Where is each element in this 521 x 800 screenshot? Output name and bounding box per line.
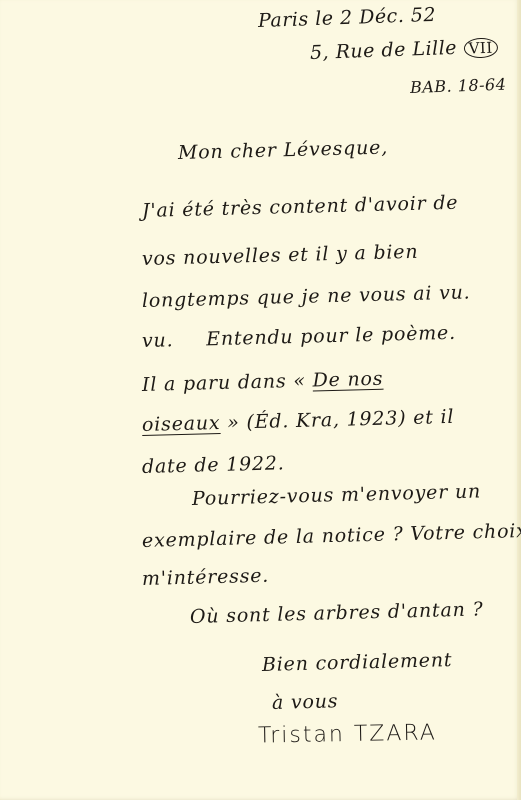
- body-line-10: m'intéresse.: [142, 565, 270, 590]
- body-line-1: J'ai été très content d'avoir de: [142, 192, 459, 222]
- phone-line: BAB. 18-64: [410, 75, 507, 97]
- date-line: Paris le 2 Déc. 52: [258, 4, 437, 32]
- salutation: Mon cher Lévesque,: [178, 137, 389, 164]
- signature: Tristan TZARA: [258, 720, 437, 748]
- body-line-6: oiseaux » (Éd. Kra, 1923) et il: [142, 406, 455, 436]
- arrondissement-badge: VII: [463, 37, 498, 58]
- body-line-11: Où sont les arbres d'antan ?: [190, 598, 484, 628]
- body-line-8: Pourriez-vous m'envoyer un: [192, 480, 482, 510]
- body-line-7: date de 1922.: [142, 452, 285, 478]
- book-title-part1: De nos: [312, 368, 383, 392]
- closing-line-1: Bien cordialement: [262, 649, 453, 676]
- body-line-9: exemplaire de la notice ? Votre choix: [142, 520, 521, 552]
- body-line-5: Il a paru dans « De nos: [142, 368, 384, 396]
- body-line-4a: vu.: [142, 329, 174, 352]
- address-line: 5, Rue de Lille VII: [310, 35, 498, 64]
- book-title-part2: oiseaux: [142, 412, 221, 436]
- paper-edge: [517, 0, 521, 800]
- body-line-4b: Entendu pour le poème.: [206, 322, 456, 351]
- body-line-5a: Il a paru dans «: [142, 370, 313, 396]
- body-line-2: vos nouvelles et il y a bien: [142, 241, 419, 270]
- body-line-6b: » (Éd. Kra, 1923) et il: [220, 406, 454, 434]
- closing-line-2: à vous: [272, 690, 339, 714]
- letter-page: Paris le 2 Déc. 52 5, Rue de Lille VII B…: [0, 0, 521, 800]
- body-line-4: vu. Entendu pour le poème.: [142, 322, 456, 352]
- address-street: 5, Rue de Lille: [310, 37, 458, 64]
- body-line-3: longtemps que je ne vous ai vu.: [142, 281, 471, 312]
